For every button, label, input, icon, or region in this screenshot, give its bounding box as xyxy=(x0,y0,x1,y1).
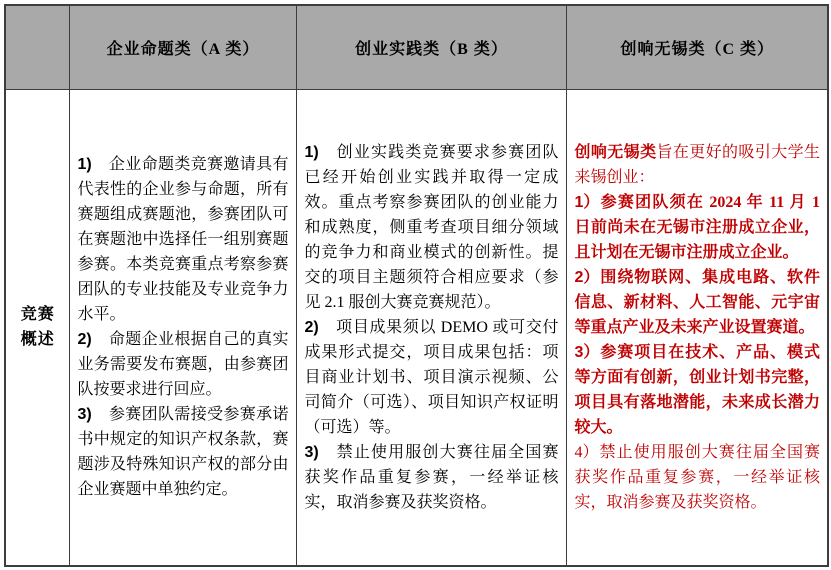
item-number: 4） xyxy=(575,440,599,465)
item-number: 3) xyxy=(305,440,319,465)
lead-term: 创响无锡类 xyxy=(575,144,657,161)
corner-cell xyxy=(5,5,69,89)
cell-category-a-content: 1)企业命题类竞赛邀请具有代表性的企业参与命题，所有赛题组成赛题池，参赛团队可在… xyxy=(69,89,296,566)
item-text: 参赛团队需接受参赛承诺书中规定的知识产权条款，赛题涉及特殊知识产权的部分由企业赛… xyxy=(78,406,289,498)
item-text: 命题企业根据自己的真实业务需要发布赛题，由参赛团队按要求进行回应。 xyxy=(78,331,289,398)
item-text: 创业实践类竞赛要求参赛团队已经开始创业实践并取得一定成效。重点考察参赛团队的创业… xyxy=(305,144,559,311)
item-text: 禁止使用服创大赛往届全国赛获奖作品重复参赛，一经举证核实，取消参赛及获奖资格。 xyxy=(305,444,559,511)
cell-category-c-content: 创响无锡类旨在更好的吸引大学生来锡创业：1）参赛团队须在 2024 年 11 月… xyxy=(566,89,828,566)
paragraph: 3)禁止使用服创大赛往届全国赛获奖作品重复参赛，一经举证核实，取消参赛及获奖资格… xyxy=(305,440,559,515)
paragraph: 1)创业实践类竞赛要求参赛团队已经开始创业实践并取得一定成效。重点考察参赛团队的… xyxy=(305,140,559,315)
item-text: 参赛团队须在 2024 年 11 月 1 日前尚未在无锡市注册成立企业，且计划在… xyxy=(575,194,821,261)
item-number: 2) xyxy=(78,327,92,352)
item-number: 3) xyxy=(78,402,92,427)
row-header-line: 概述 xyxy=(14,327,62,352)
paragraph: 2）围绕物联网、集成电路、软件信息、新材料、人工智能、元宇宙等重点产业及未来产业… xyxy=(575,265,821,340)
item-number: 2) xyxy=(305,315,319,340)
column-header-b: 创业实践类（B 类） xyxy=(296,5,566,89)
row-header-line: 竞赛 xyxy=(14,302,62,327)
item-number: 2） xyxy=(575,265,600,290)
item-number: 1) xyxy=(78,152,92,177)
cell-category-b-content: 1)创业实践类竞赛要求参赛团队已经开始创业实践并取得一定成效。重点考察参赛团队的… xyxy=(296,89,566,566)
paragraph: 2)命题企业根据自己的真实业务需要发布赛题，由参赛团队按要求进行回应。 xyxy=(78,327,289,402)
paragraph: 创响无锡类旨在更好的吸引大学生来锡创业： xyxy=(575,140,821,190)
paragraph: 3)参赛团队需接受参赛承诺书中规定的知识产权条款，赛题涉及特殊知识产权的部分由企… xyxy=(78,402,289,502)
body-row: 竞赛 概述 1)企业命题类竞赛邀请具有代表性的企业参与命题，所有赛题组成赛题池，… xyxy=(5,89,828,566)
item-number: 1） xyxy=(575,190,600,215)
paragraph: 3）参赛项目在技术、产品、模式等方面有创新，创业计划书完整，项目具有落地潜能，未… xyxy=(575,340,821,440)
item-text: 禁止使用服创大赛往届全国赛获奖作品重复参赛，一经举证核实，取消参赛及获奖资格。 xyxy=(575,444,821,511)
item-text: 围绕物联网、集成电路、软件信息、新材料、人工智能、元宇宙等重点产业及未来产业设置… xyxy=(575,269,821,336)
item-text: 参赛项目在技术、产品、模式等方面有创新，创业计划书完整，项目具有落地潜能，未来成… xyxy=(575,344,821,436)
competition-overview-table: 企业命题类（A 类） 创业实践类（B 类） 创响无锡类（C 类） 竞赛 概述 1… xyxy=(4,4,829,567)
paragraph: 1)企业命题类竞赛邀请具有代表性的企业参与命题，所有赛题组成赛题池，参赛团队可在… xyxy=(78,152,289,327)
column-header-c: 创响无锡类（C 类） xyxy=(566,5,828,89)
row-header-competition-overview: 竞赛 概述 xyxy=(5,89,69,566)
item-number: 3） xyxy=(575,340,600,365)
document-page: 企业命题类（A 类） 创业实践类（B 类） 创响无锡类（C 类） 竞赛 概述 1… xyxy=(0,0,831,570)
paragraph: 2)项目成果须以 DEMO 或可交付成果形式提交，项目成果包括：项目商业计划书、… xyxy=(305,315,559,440)
item-text: 企业命题类竞赛邀请具有代表性的企业参与命题，所有赛题组成赛题池，参赛团队可在赛题… xyxy=(78,156,289,323)
column-header-a: 企业命题类（A 类） xyxy=(69,5,296,89)
header-row: 企业命题类（A 类） 创业实践类（B 类） 创响无锡类（C 类） xyxy=(5,5,828,89)
item-number: 1) xyxy=(305,140,319,165)
paragraph: 1）参赛团队须在 2024 年 11 月 1 日前尚未在无锡市注册成立企业，且计… xyxy=(575,190,821,265)
item-text: 项目成果须以 DEMO 或可交付成果形式提交，项目成果包括：项目商业计划书、项目… xyxy=(305,319,559,436)
paragraph: 4）禁止使用服创大赛往届全国赛获奖作品重复参赛，一经举证核实，取消参赛及获奖资格… xyxy=(575,440,821,515)
